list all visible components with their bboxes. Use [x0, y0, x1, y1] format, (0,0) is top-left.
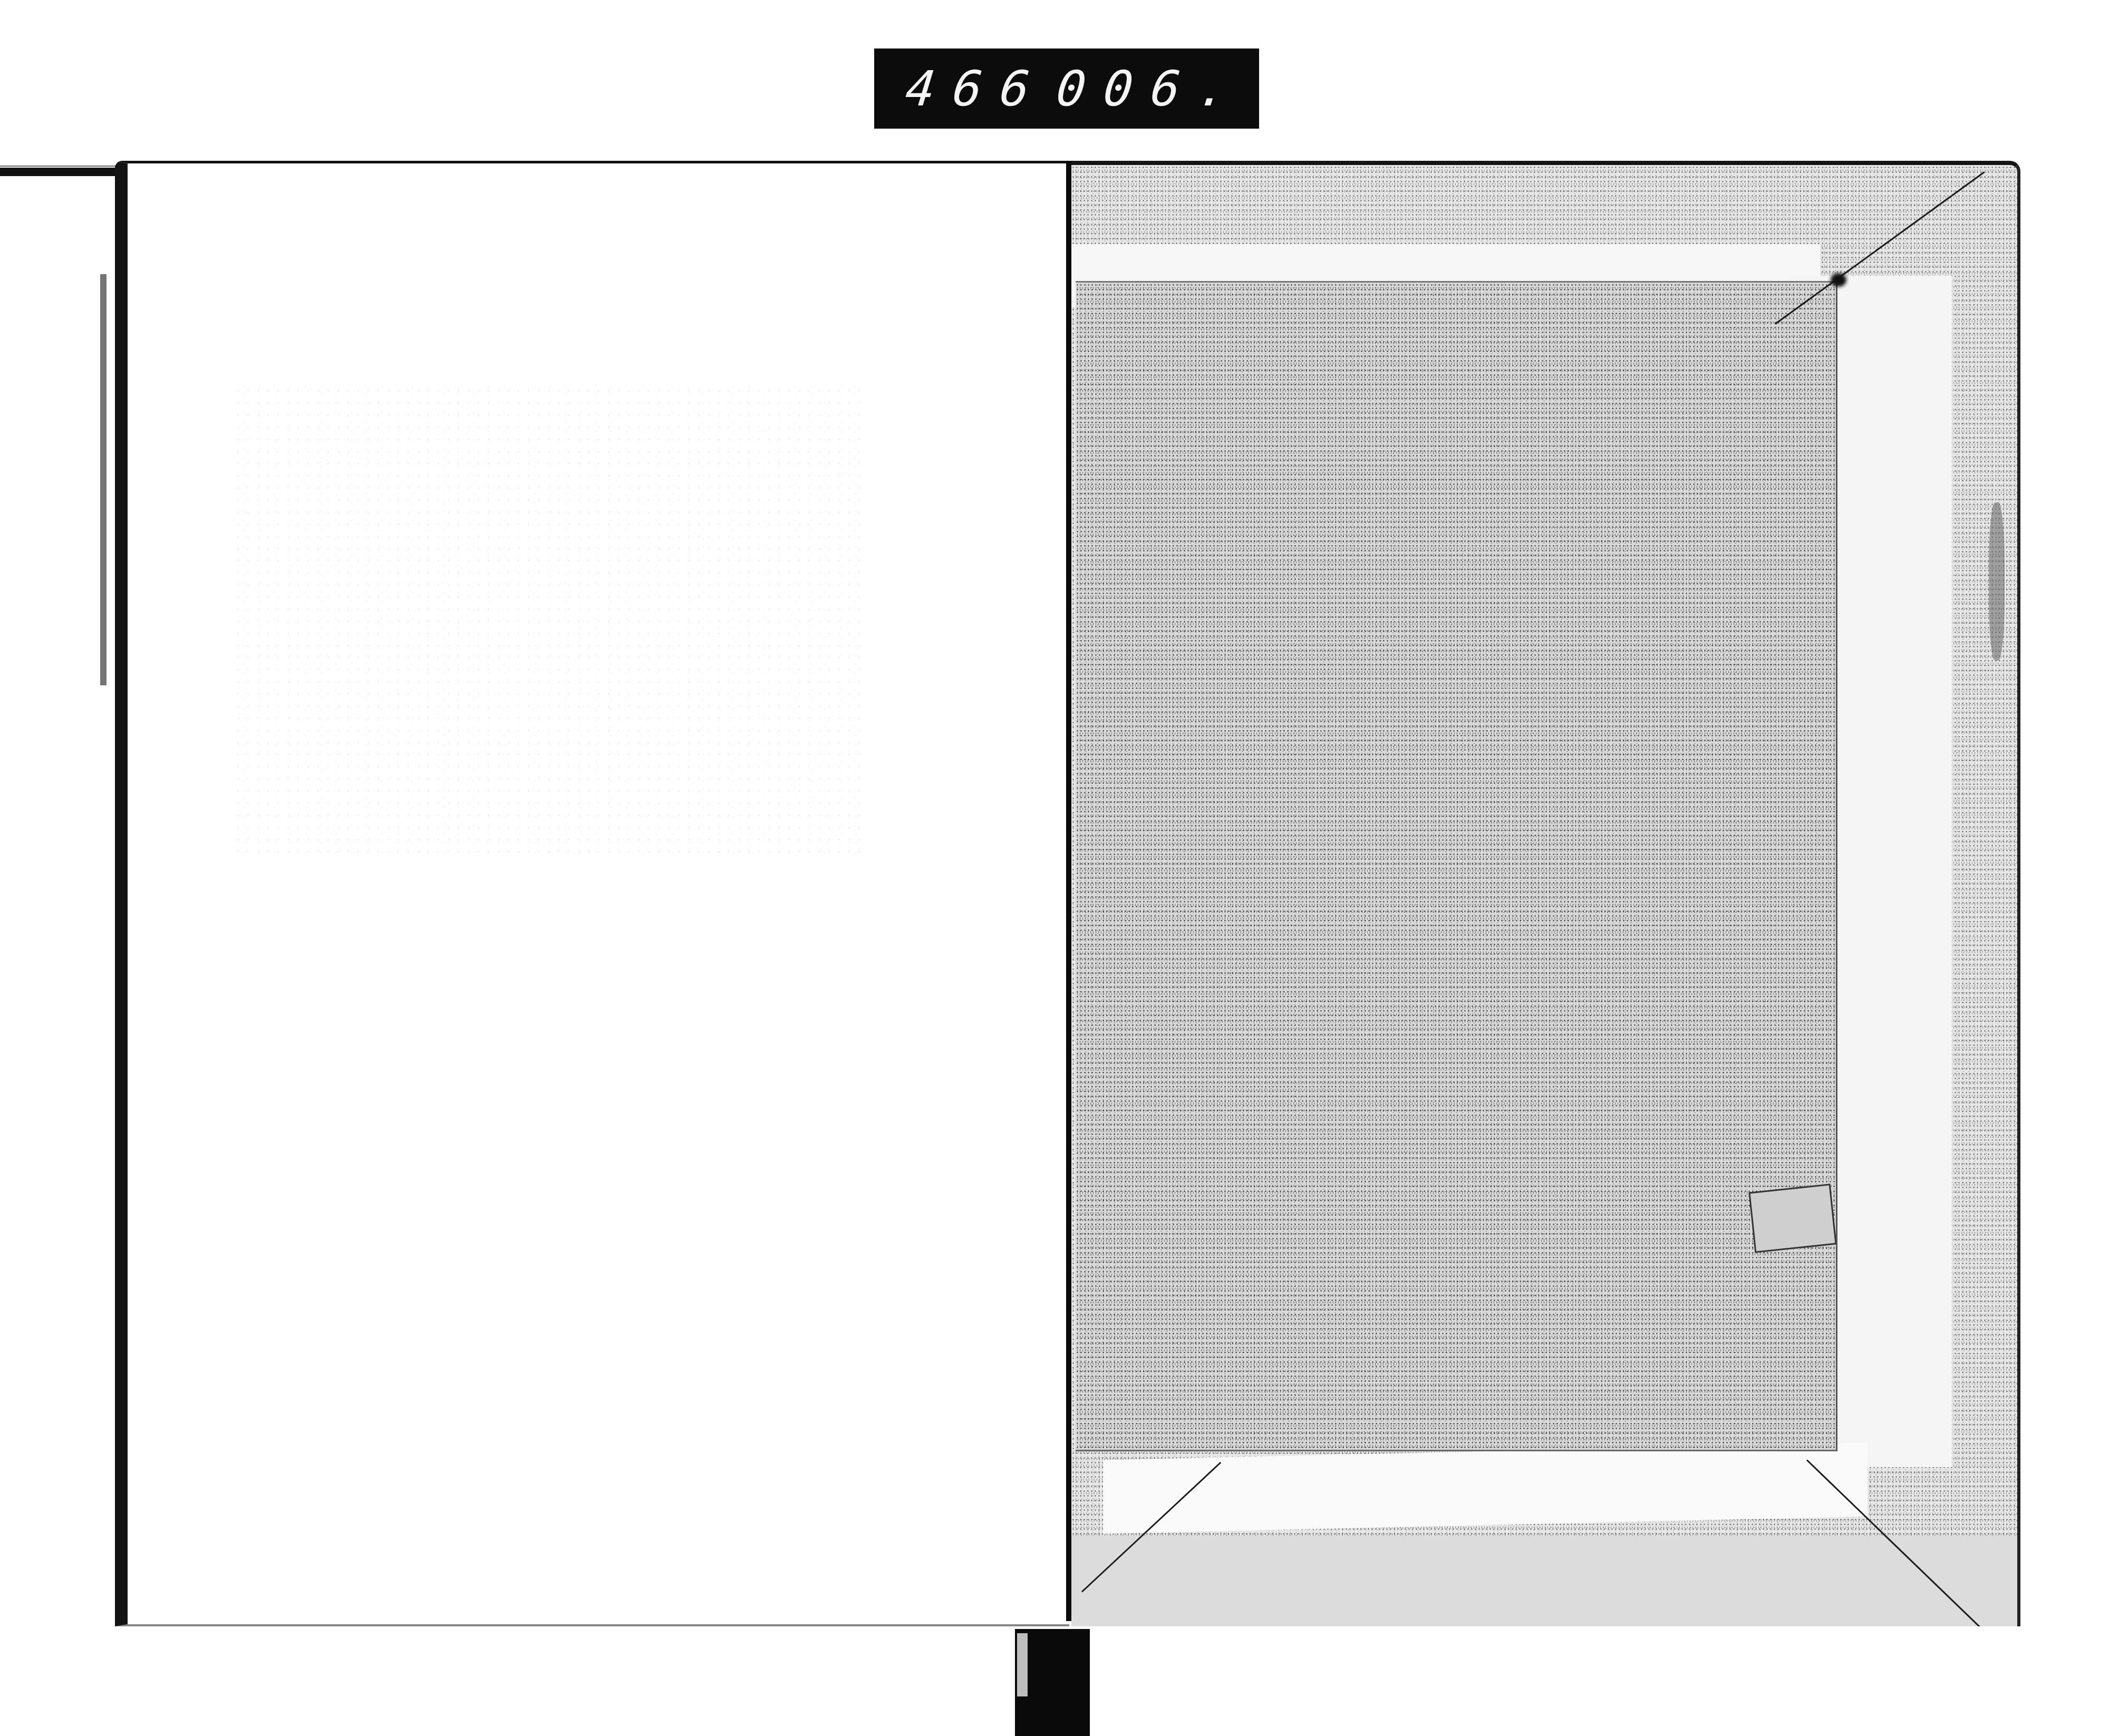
pastedown-texture	[1076, 283, 1836, 1450]
reel-number: 466	[903, 61, 1050, 117]
inside-back-cover	[1071, 161, 2020, 1626]
center-gutter	[1066, 161, 1071, 1621]
previous-leaf-edge	[0, 168, 119, 176]
ink-stain	[1831, 273, 1846, 287]
spine-shadow	[100, 274, 107, 685]
paper-patch	[1748, 1184, 1836, 1253]
pastedown-paper	[1076, 281, 1837, 1451]
frame-number-label: 466 006.	[874, 49, 1259, 129]
gutter-tab-slit	[1017, 1633, 1028, 1696]
left-blank-page	[115, 161, 1069, 1626]
cover-edge-mark	[1989, 502, 2005, 661]
frame-number: 006.	[1054, 61, 1249, 117]
show-through-noise	[233, 385, 866, 859]
previous-leaf-edge-line	[0, 166, 119, 167]
gutter-tab	[1015, 1629, 1090, 1736]
board-bottom-edge	[1071, 1536, 2020, 1626]
